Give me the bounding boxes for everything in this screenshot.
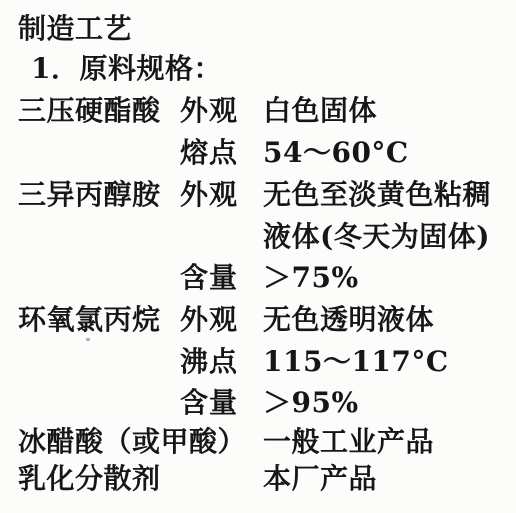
spec-row: 三异丙醇胺 外观 无色至淡黄色粘稠 [0,179,516,215]
property-value: 液体(冬天为固体) [263,221,490,253]
property-label: 外观 [180,304,238,336]
property-value: ＞95% [263,387,359,419]
spec-row: 三压硬酯酸 外观 白色固体 [0,95,516,131]
spec-row: 含量 ＞95% [0,387,516,423]
spec-row: 液体(冬天为固体) [0,221,516,257]
page-title: 制造工艺 [18,13,132,45]
material-name: 三压硬酯酸 [18,95,161,127]
property-label: 外观 [180,95,238,127]
spec-row: 乳化分散剂 本厂产品 [0,463,516,499]
spec-row: 含量 ＞75% [0,262,516,298]
document-page: 制造工艺 1．原料规格： 三压硬酯酸 外观 白色固体 熔点 54～60°C 三异… [0,0,516,513]
spec-row: 熔点 54～60°C [0,137,516,173]
property-value: 115～117°C [263,346,449,378]
spec-row: 沸点 115～117°C [0,346,516,382]
property-label: 外观 [180,179,238,211]
scan-speck-artifact [86,338,90,341]
property-value: 本厂产品 [263,463,377,495]
section-heading: 1．原料规格： [31,53,222,85]
property-value: ＞75% [263,262,359,294]
property-value: 无色透明液体 [263,304,434,336]
property-label: 含量 [180,262,238,294]
property-value: 无色至淡黄色粘稠 [263,179,491,211]
property-label: 含量 [180,387,238,419]
property-value: 54～60°C [263,137,409,169]
material-name: 三异丙醇胺 [18,179,161,211]
spec-row: 冰醋酸（或甲酸） 一般工业产品 [0,426,516,462]
property-label: 沸点 [180,346,238,378]
property-label: 熔点 [180,137,238,169]
material-name: 冰醋酸（或甲酸） [18,426,246,458]
property-value: 白色固体 [263,95,377,127]
material-name: 环氧氯丙烷 [18,304,161,336]
property-value: 一般工业产品 [263,426,434,458]
spec-row: 环氧氯丙烷 外观 无色透明液体 [0,304,516,340]
material-name: 乳化分散剂 [18,463,161,495]
